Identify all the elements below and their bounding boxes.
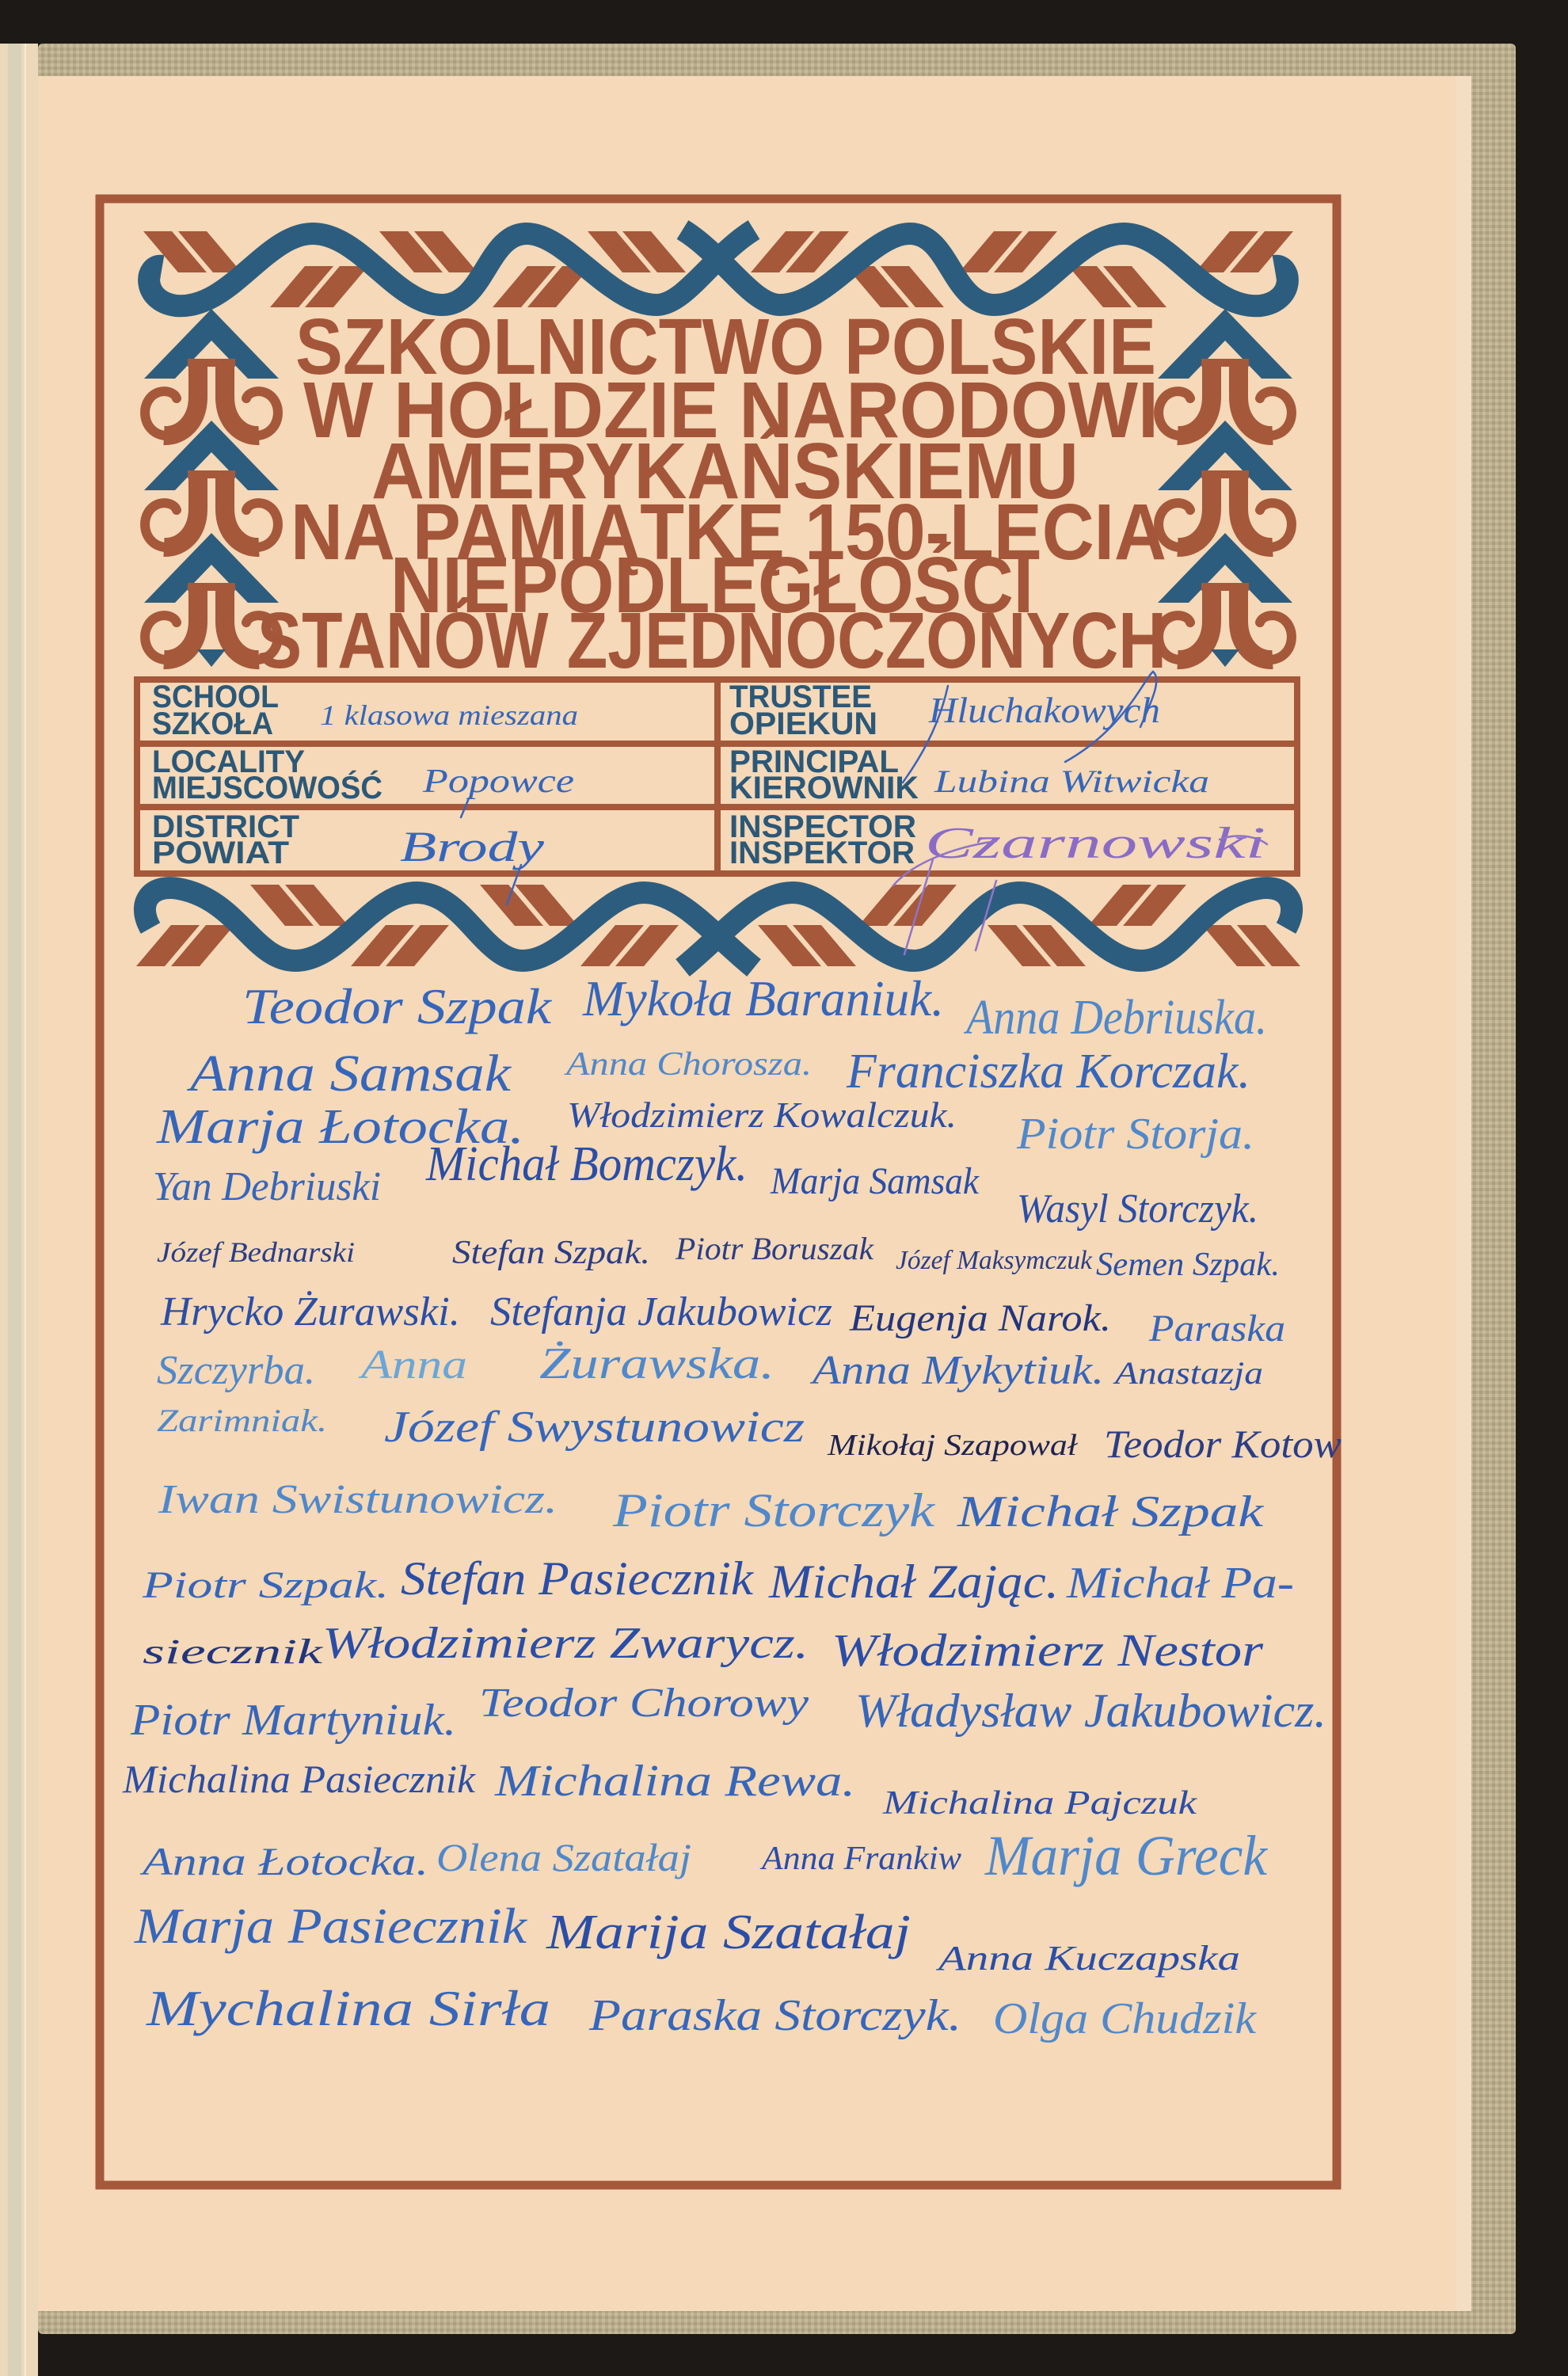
signature-name: Mychalina Sirła [146, 1980, 550, 2036]
signature-name: Piotr Storczyk [612, 1484, 936, 1536]
signature-name: Anna Chorosza. [564, 1046, 812, 1083]
signature-name: Michał Pa- [1066, 1559, 1294, 1608]
signature-name: Szczyrba. [157, 1348, 315, 1393]
signature-name: Yan Debriuski [153, 1164, 381, 1209]
signature-name: Piotr Szpak. [142, 1564, 389, 1606]
school-value: 1 klasowa mieszana [320, 699, 578, 731]
signature-name: Anna Frankiw [759, 1841, 961, 1877]
signature-name: Paraska [1148, 1308, 1285, 1350]
signature-name: Wasyl Storczyk. [1017, 1186, 1258, 1232]
signature-name: Anna [358, 1342, 467, 1388]
signature-name: Hrycko Żurawski. [160, 1289, 460, 1335]
principal-signature: Lubina Witwicka [934, 763, 1209, 799]
signature-name: Michalina Pajczuk [882, 1785, 1198, 1822]
signature-name: Anastazja [1112, 1355, 1263, 1391]
signature-name: Józef Maksymczuk [896, 1246, 1093, 1275]
signature-name: Mikołaj Szapował [827, 1429, 1079, 1462]
signature-name: Zarimniak. [157, 1403, 327, 1438]
signature-name: Michał Szpak [957, 1487, 1265, 1536]
signature-name: Michał Bomczyk. [425, 1137, 748, 1191]
signature-name: Żurawska. [539, 1339, 774, 1388]
signature-name: Józef Swystunowicz [384, 1403, 805, 1452]
signature-name: Semen Szpak. [1096, 1247, 1280, 1283]
signature-name: Piotr Boruszak [675, 1231, 874, 1266]
signature-name: Władysław Jakubowicz. [855, 1685, 1326, 1737]
signature-name: Anna Samsak [186, 1045, 512, 1102]
signature-name: Stefan Pasiecznik [401, 1552, 754, 1605]
signature-name: Piotr Storja. [1016, 1110, 1254, 1159]
signature-name: Anna Mykytiuk. [810, 1348, 1104, 1393]
previous-page-edge [0, 44, 38, 2376]
signature-name: Marja Samsak [770, 1160, 980, 1202]
signature-name: Marja Pasiecznik [134, 1898, 528, 1954]
signature-name: Franciszka Korczak. [846, 1045, 1250, 1099]
signature-name: Anna Łotocka. [139, 1839, 428, 1883]
signature-name: Anna Debriuska. [963, 991, 1267, 1045]
signature-name: Teodor Chorowy [479, 1681, 809, 1726]
page-stack-edge [1456, 76, 1471, 2311]
signature-name: Michalina Rewa. [494, 1757, 855, 1806]
signature-name: Teodor Kotow [1104, 1422, 1342, 1466]
signature-name: Eugenja Narok. [849, 1297, 1111, 1339]
label-trustee-pl: OPIEKUN [729, 706, 877, 741]
inspector-signature: Czarnowski [925, 819, 1265, 868]
signature-name: Marija Szatałaj [546, 1906, 911, 1959]
label-school-pl: SZKOŁA [152, 706, 273, 741]
signature-name: Mykoła Baraniuk. [582, 970, 944, 1026]
signature-name: Iwan Swistunowicz. [158, 1477, 558, 1522]
signature-name: Józef Bednarski [157, 1236, 355, 1268]
title-heading: SZKOLNICTWO POLSKIE W HOŁDZIE NARODOWI A… [257, 303, 1166, 685]
signature-name: Włodzimierz Kowalczuk. [567, 1095, 957, 1135]
district-value: Brody [400, 823, 544, 870]
signature-name: siecznik [143, 1632, 324, 1671]
signature-name: Piotr Martyniuk. [130, 1696, 456, 1745]
scanned-page: SZKOLNICTWO POLSKIE W HOŁDZIE NARODOWI A… [0, 0, 1568, 2376]
signature-name: Olga Chudzik [993, 1994, 1257, 2043]
label-locality-pl: MIEJSCOWOŚĆ [152, 769, 382, 805]
signature-name: Stefan Szpak. [452, 1235, 650, 1271]
field-inspector: INSPECTOR INSPEKTOR Czarnowski [729, 809, 1265, 870]
signature-name: Włodzimierz Zwarycz. [322, 1619, 809, 1668]
signature-name: Paraska Storczyk. [588, 1991, 961, 2040]
locality-value: Popowce [422, 763, 574, 800]
signature-name: Michał Zając. [768, 1555, 1059, 1608]
signature-name: Olena Szatałaj [436, 1835, 691, 1879]
signature-name: Anna Kuczapska [935, 1939, 1240, 1978]
signature-name: Stefanja Jakubowicz [490, 1289, 832, 1335]
title-line-6: STANÓW ZJEDNOCZONYCH [257, 596, 1166, 685]
signature-name: Teodor Szpak [242, 978, 553, 1034]
label-inspector-pl: INSPEKTOR [729, 836, 915, 870]
signature-name: Marja Greck [984, 1824, 1269, 1887]
label-district-pl: POWIAT [152, 836, 289, 870]
signature-name: Włodzimierz Nestor [832, 1624, 1264, 1676]
signature-name: Michalina Pasiecznik [122, 1757, 476, 1801]
label-principal-pl: KIEROWNIK [729, 771, 919, 805]
